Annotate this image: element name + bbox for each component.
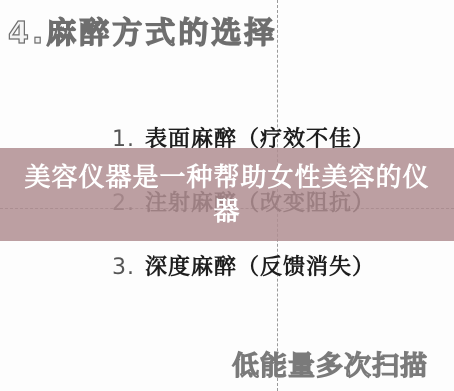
slide-heading: 4.麻醉方式的选择 (8, 8, 277, 52)
caption-banner: 美容仪器是一种帮助女性美容的仪器 (0, 148, 454, 241)
item-label: 深度麻醉（反馈消失） (145, 255, 375, 280)
banner-title: 美容仪器是一种帮助女性美容的仪器 (12, 161, 442, 229)
item-number: 3. (112, 255, 135, 280)
bottom-note: 低能量多次扫描 (232, 344, 428, 383)
list-item: 3.深度麻醉（反馈消失） (112, 250, 375, 281)
